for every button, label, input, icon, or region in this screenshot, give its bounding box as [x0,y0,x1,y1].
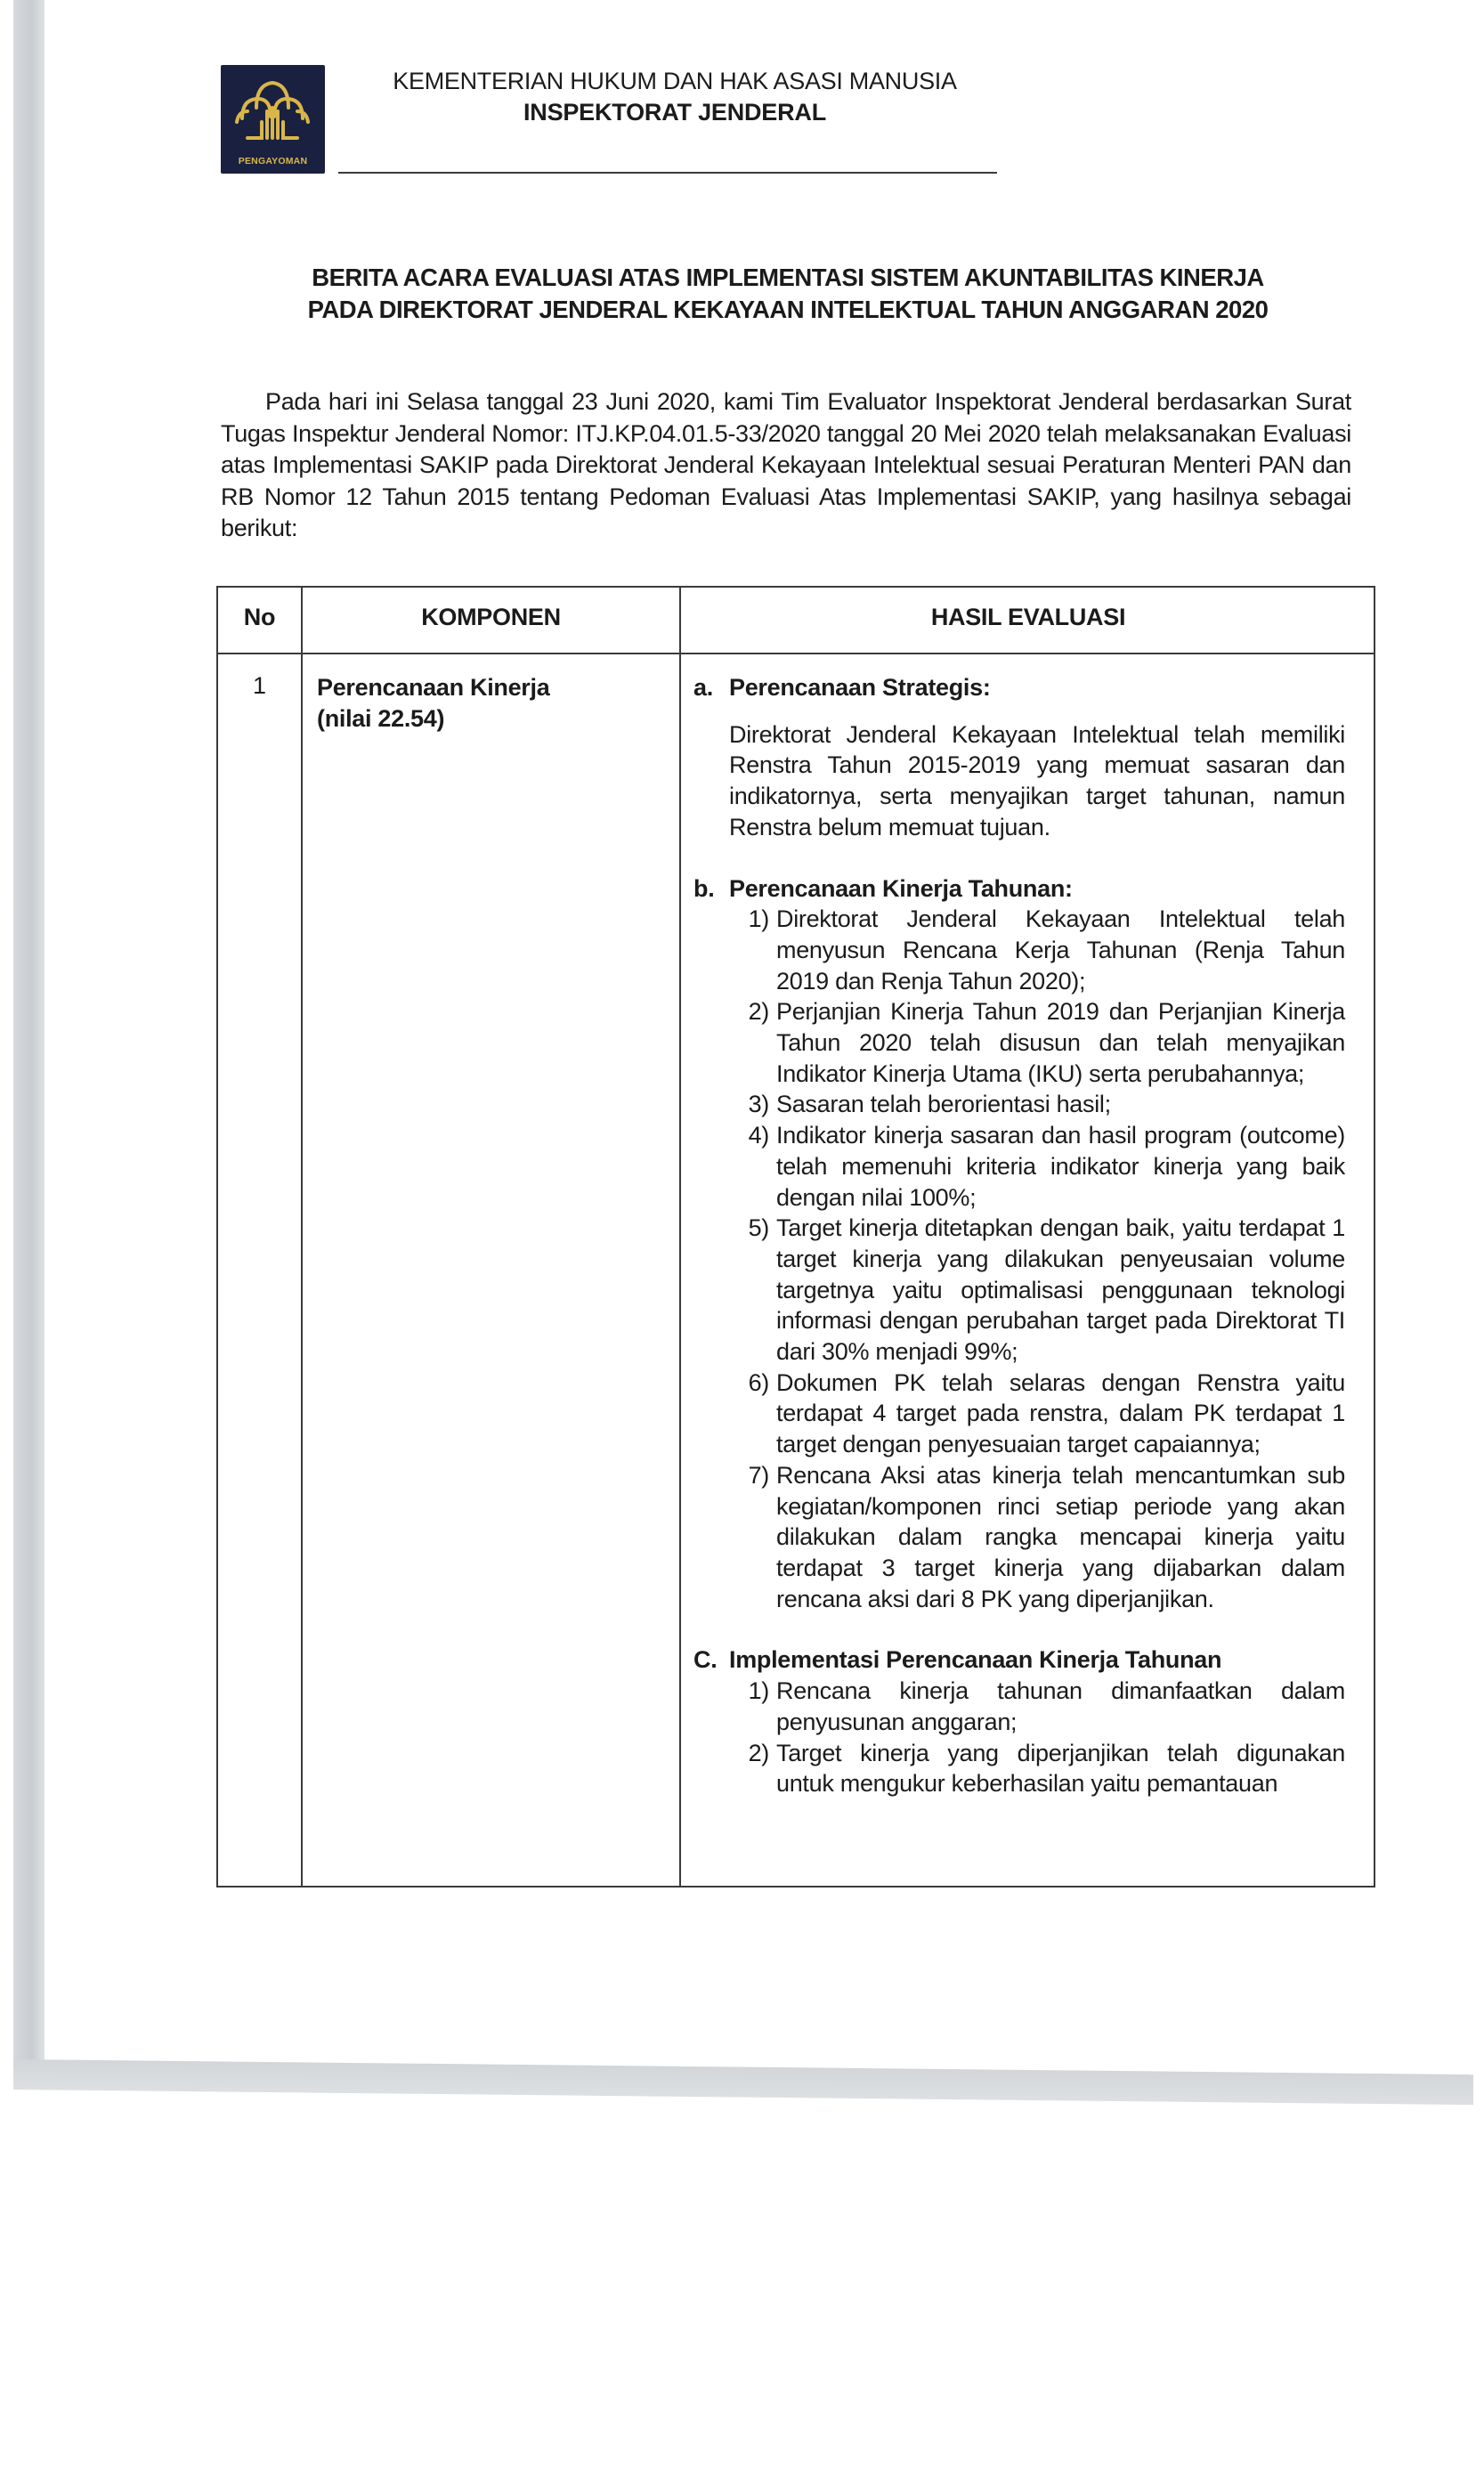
item-number: 3) [693,1089,776,1120]
header-no: No [218,604,301,631]
item-text: Indikator kinerja sasaran dan hasil prog… [776,1120,1345,1213]
logo-caption: PENGAYOMAN [221,156,325,166]
section-heading: a. Perencanaan Strategis: [693,672,1345,703]
section-letter: a. [693,672,729,703]
list-item: 6)Dokumen PK telah selaras dengan Renstr… [693,1368,1345,1460]
intro-paragraph: Pada hari ini Selasa tanggal 23 Juni 202… [221,386,1351,545]
section-heading: b. Perencanaan Kinerja Tahunan: [693,873,1345,905]
header-hasil-evaluasi: HASIL EVALUASI [681,604,1375,631]
section-body: Direktorat Jenderal Kekayaan Intelektual… [693,719,1345,843]
section-letter: C. [693,1644,729,1676]
item-number: 6) [693,1368,776,1460]
item-number: 4) [693,1120,776,1213]
evaluation-result-cell: a. Perencanaan Strategis: Direktorat Jen… [693,672,1345,1799]
column-divider [679,588,681,1886]
ministry-name: KEMENTERIAN HUKUM DAN HAK ASASI MANUSIA [354,67,995,95]
unit-name: INSPEKTORAT JENDERAL [354,98,995,126]
row-number: 1 [218,672,301,700]
item-text: Target kinerja yang diperjanjikan telah … [776,1738,1345,1799]
item-number: 1) [693,1676,776,1737]
item-text: Perjanjian Kinerja Tahun 2019 dan Perjan… [776,996,1345,1089]
evaluation-table: No KOMPONEN HASIL EVALUASI 1 Perencanaan… [216,586,1375,1888]
list-item: 5)Target kinerja ditetapkan dengan baik,… [693,1213,1345,1368]
item-text: Rencana kinerja tahunan dimanfaatkan dal… [776,1676,1345,1737]
column-divider [301,588,303,1886]
list-item: 2)Target kinerja yang diperjanjikan tela… [693,1738,1345,1799]
item-text: Sasaran telah berorientasi hasil; [776,1089,1345,1120]
list-item: 2)Perjanjian Kinerja Tahun 2019 dan Perj… [693,996,1345,1089]
document-title: BERITA ACARA EVALUASI ATAS IMPLEMENTASI … [214,262,1362,326]
item-text: Direktorat Jenderal Kekayaan Intelektual… [776,904,1345,996]
list-item: 3)Sasaran telah berorientasi hasil; [693,1089,1345,1120]
list-item: 4)Indikator kinerja sasaran dan hasil pr… [693,1120,1345,1213]
list-item: 1)Rencana kinerja tahunan dimanfaatkan d… [693,1676,1345,1737]
letterhead-divider [338,172,997,174]
item-number: 7) [693,1460,776,1615]
scan-shadow-bottom [13,2059,1473,2105]
section-item-list: 1)Direktorat Jenderal Kekayaan Intelektu… [693,904,1345,1614]
item-text: Dokumen PK telah selaras dengan Renstra … [776,1368,1345,1460]
section-letter: b. [693,873,729,905]
title-line-1: BERITA ACARA EVALUASI ATAS IMPLEMENTASI … [214,262,1362,294]
title-line-2: PADA DIREKTORAT JENDERAL KEKAYAAN INTELE… [214,294,1362,326]
item-text: Rencana Aksi atas kinerja telah mencantu… [776,1460,1345,1615]
item-number: 1) [693,904,776,996]
item-text: Target kinerja ditetapkan dengan baik, y… [776,1213,1345,1368]
section-title: Perencanaan Strategis: [729,672,991,703]
section-item-list: 1)Rencana kinerja tahunan dimanfaatkan d… [693,1676,1345,1799]
section-title: Perencanaan Kinerja Tahunan: [729,873,1073,905]
scan-shadow-left [13,0,45,2079]
component-cell: Perencanaan Kinerja (nilai 22.54) [317,672,664,735]
ministry-logo: PENGAYOMAN [221,65,325,174]
list-item: 1)Direktorat Jenderal Kekayaan Intelektu… [693,904,1345,996]
section-title: Implementasi Perencanaan Kinerja Tahunan [729,1644,1221,1676]
item-number: 5) [693,1213,776,1368]
list-item: 7)Rencana Aksi atas kinerja telah mencan… [693,1460,1345,1615]
item-number: 2) [693,1738,776,1799]
component-name: Perencanaan Kinerja [317,672,664,703]
section-heading: C. Implementasi Perencanaan Kinerja Tahu… [693,1644,1345,1676]
component-score: (nilai 22.54) [317,703,664,735]
header-divider [218,653,1374,654]
pengayoman-tree-icon [230,72,316,143]
header-komponen: KOMPONEN [303,604,679,631]
item-number: 2) [693,996,776,1089]
